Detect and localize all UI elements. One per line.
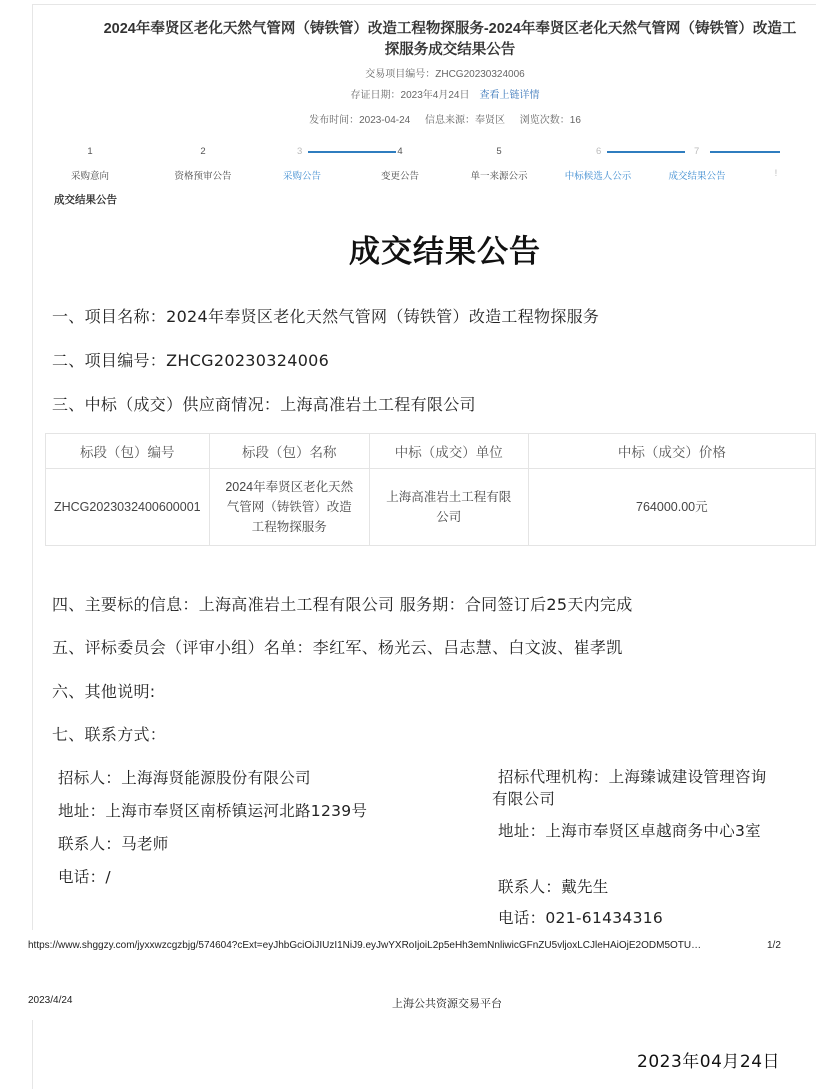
buyer-name: 招标人：上海海贤能源股份有限公司 (58, 766, 311, 788)
step-label: 采购意向 (40, 168, 140, 182)
step-1[interactable]: 1 采购意向 (40, 145, 140, 182)
header-title-line2: 探服务成交结果公告 (60, 40, 816, 61)
document-title: 成交结果公告 (0, 226, 816, 271)
announcement-header-title: 2024年奉贤区老化天然气管网（铸铁管）改造工程物探服务-2024年奉贤区老化天… (60, 19, 816, 61)
deposit-date: 2023年4月24日 (401, 90, 470, 101)
publish-time: 2023-04-24 (359, 115, 410, 126)
item-project-name: 一、项目名称：2024年奉贤区老化天然气管网（铸铁管）改造工程物探服务 (52, 304, 599, 327)
views-label: 浏览次数： (520, 115, 570, 126)
agency-name: 招标代理机构：上海臻诚建设管理咨询有限公司 (492, 766, 782, 810)
item-main-info: 四、主要标的信息：上海高准岩土工程有限公司 服务期：合同签订后25天内完成 (52, 592, 633, 615)
step-6[interactable]: 6 中标候选人公示 (548, 145, 648, 182)
item-supplier: 三、中标（成交）供应商情况：上海高准岩土工程有限公司 (52, 392, 476, 415)
col-header-lot-name: 标段（包）名称 (209, 434, 369, 469)
step-number: 3 (252, 145, 352, 159)
header-title-line1: 2024年奉贤区老化天然气管网（铸铁管）改造工程物探服务-2024年奉贤区老化天… (104, 21, 797, 37)
cell-winner: 上海高准岩土工程有限公司 (369, 469, 528, 546)
deposit-date-label: 存证日期： (351, 90, 401, 101)
step-3[interactable]: 3 采购公告 (252, 145, 352, 182)
signature-date: 2023年04月24日 (637, 1047, 780, 1072)
section-label: 成交结果公告 (54, 192, 117, 207)
print-header-date: 2023/4/24 (28, 995, 73, 1006)
agency-address: 地址：上海市奉贤区卓越商务中心3室 (492, 820, 782, 864)
trade-number-row: 交易项目编号：ZHCG20230324006 (0, 65, 816, 80)
deposit-date-row: 存证日期：2023年4月24日查看上链详情 (0, 86, 816, 101)
step-5[interactable]: 5 单一来源公示 (449, 145, 549, 182)
source-label: 信息来源： (425, 115, 475, 126)
step-number: 4 (350, 145, 450, 159)
cell-lot-number: ZHCG2023032400600001 (46, 469, 210, 546)
col-header-lot-number: 标段（包）编号 (46, 434, 210, 469)
result-table: 标段（包）编号 标段（包）名称 中标（成交）单位 中标（成交）价格 ZHCG20… (45, 433, 816, 546)
print-footer-url: https://www.shggzy.com/jyxxwzcgzbjg/5746… (28, 940, 701, 951)
agency-person: 联系人：戴先生 (498, 875, 609, 897)
print-footer-page: 1/2 (767, 940, 781, 951)
item-other: 六、其他说明: (52, 679, 156, 702)
cell-price: 764000.00元 (528, 469, 815, 546)
print-header-site: 上海公共资源交易平台 (392, 995, 502, 1011)
step-8[interactable]: ! (726, 145, 816, 179)
view-chain-details-link[interactable]: 查看上链详情 (479, 90, 539, 101)
table-row: ZHCG2023032400600001 2024年奉贤区老化天然气管网（铸铁管… (46, 469, 816, 546)
step-label: 单一来源公示 (449, 168, 549, 182)
process-steps: 1 采购意向 2 资格预审公告 3 采购公告 4 变更公告 5 单一来源公示 6… (40, 145, 816, 187)
step-label: 中标候选人公示 (548, 168, 648, 182)
buyer-phone: 电话：/ (58, 865, 111, 887)
col-header-winner: 中标（成交）单位 (369, 434, 528, 469)
source: 奉贤区 (475, 115, 505, 126)
publish-time-label: 发布时间： (309, 115, 359, 126)
step-number: 6 (548, 145, 648, 159)
table-header-row: 标段（包）编号 标段（包）名称 中标（成交）单位 中标（成交）价格 (46, 434, 816, 469)
buyer-address: 地址：上海市奉贤区南桥镇运河北路1239号 (58, 799, 367, 821)
page-frame-continuation (32, 1020, 33, 1089)
trade-number: ZHCG20230324006 (435, 69, 525, 80)
publish-info-row: 发布时间：2023-04-24 信息来源：奉贤区 浏览次数：16 (0, 111, 816, 126)
step-label: 变更公告 (350, 168, 450, 182)
item-committee: 五、评标委员会（评审小组）名单：李红军、杨光云、吕志慧、白文波、崔孝凯 (52, 635, 623, 658)
trade-number-label: 交易项目编号： (365, 69, 435, 80)
step-2[interactable]: 2 资格预审公告 (153, 145, 253, 182)
views-count: 16 (570, 115, 581, 126)
step-4[interactable]: 4 变更公告 (350, 145, 450, 182)
step-label: 采购公告 (252, 168, 352, 182)
item-project-number: 二、项目编号：ZHCG20230324006 (52, 348, 329, 371)
step-number: 1 (40, 145, 140, 159)
step-label: ! (726, 168, 816, 179)
col-header-price: 中标（成交）价格 (528, 434, 815, 469)
step-number: 2 (153, 145, 253, 159)
cell-lot-name: 2024年奉贤区老化天然气管网（铸铁管）改造工程物探服务 (209, 469, 369, 546)
buyer-person: 联系人：马老师 (58, 832, 169, 854)
step-number (726, 145, 816, 159)
step-label: 资格预审公告 (153, 168, 253, 182)
step-number: 5 (449, 145, 549, 159)
item-contact: 七、联系方式： (52, 722, 166, 745)
agency-phone: 电话：021-61434316 (498, 906, 663, 928)
